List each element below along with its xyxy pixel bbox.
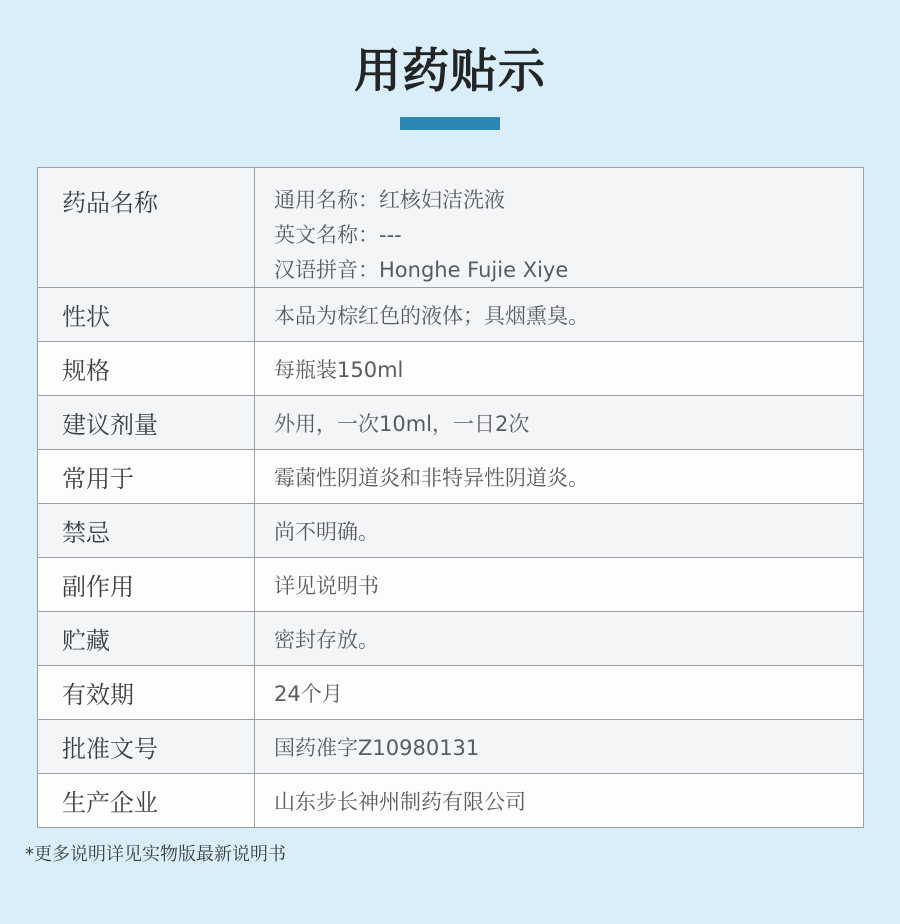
medication-info-table: 药品名称 通用名称：红核妇洁洗液 英文名称：--- 汉语拼音：Honghe Fu…	[37, 167, 864, 828]
row-value: 每瓶装150ml	[255, 342, 863, 395]
pinyin-name-line: 汉语拼音：Honghe Fujie Xiye	[274, 253, 853, 288]
row-value: 霉菌性阴道炎和非特异性阴道炎。	[255, 450, 863, 503]
page-title: 用药贴示	[0, 44, 900, 100]
row-label: 有效期	[38, 666, 255, 719]
row-label: 生产企业	[38, 774, 255, 827]
row-value: 详见说明书	[255, 558, 863, 611]
table-row-manufacturer: 生产企业 山东步长神州制药有限公司	[38, 773, 863, 827]
table-row-approval-number: 批准文号 国药准字Z10980131	[38, 719, 863, 773]
row-value: 通用名称：红核妇洁洗液 英文名称：--- 汉语拼音：Honghe Fujie X…	[255, 168, 863, 287]
english-name-line: 英文名称：---	[274, 218, 853, 253]
row-value: 24个月	[255, 666, 863, 719]
table-row-shelf-life: 有效期 24个月	[38, 665, 863, 719]
row-value: 国药准字Z10980131	[255, 720, 863, 773]
row-label: 建议剂量	[38, 396, 255, 449]
row-value: 密封存放。	[255, 612, 863, 665]
generic-name-line: 通用名称：红核妇洁洗液	[274, 183, 853, 218]
row-label: 药品名称	[38, 168, 255, 287]
row-value: 本品为棕红色的液体；具烟熏臭。	[255, 288, 863, 341]
table-row-storage: 贮藏 密封存放。	[38, 611, 863, 665]
row-value: 外用，一次10ml，一日2次	[255, 396, 863, 449]
row-label: 贮藏	[38, 612, 255, 665]
table-row-characteristics: 性状 本品为棕红色的液体；具烟熏臭。	[38, 287, 863, 341]
row-label: 禁忌	[38, 504, 255, 557]
table-row-side-effects: 副作用 详见说明书	[38, 557, 863, 611]
row-label: 常用于	[38, 450, 255, 503]
row-value: 尚不明确。	[255, 504, 863, 557]
row-value: 山东步长神州制药有限公司	[255, 774, 863, 827]
row-label: 规格	[38, 342, 255, 395]
page-header: 用药贴示	[0, 0, 900, 130]
table-row-drug-name: 药品名称 通用名称：红核妇洁洗液 英文名称：--- 汉语拼音：Honghe Fu…	[38, 168, 863, 287]
row-label: 副作用	[38, 558, 255, 611]
title-underline-bar	[400, 117, 500, 130]
table-row-specification: 规格 每瓶装150ml	[38, 341, 863, 395]
table-row-suggested-dosage: 建议剂量 外用，一次10ml，一日2次	[38, 395, 863, 449]
table-row-contraindications: 禁忌 尚不明确。	[38, 503, 863, 557]
table-row-common-uses: 常用于 霉菌性阴道炎和非特异性阴道炎。	[38, 449, 863, 503]
disclaimer-note: *更多说明详见实物版最新说明书	[25, 840, 286, 866]
row-label: 性状	[38, 288, 255, 341]
row-label: 批准文号	[38, 720, 255, 773]
medication-info-page: 用药贴示 药品名称 通用名称：红核妇洁洗液 英文名称：--- 汉语拼音：Hong…	[0, 0, 900, 924]
